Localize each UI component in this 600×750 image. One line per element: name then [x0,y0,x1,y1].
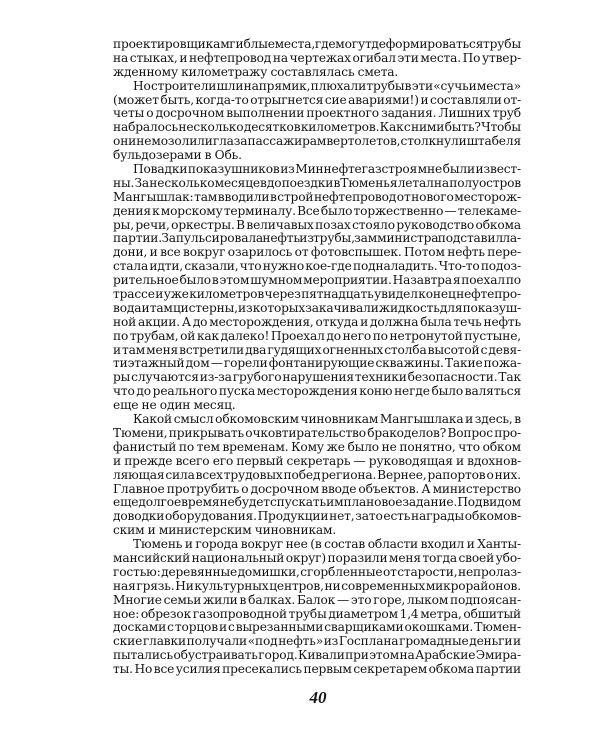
text-line: по трубам, ой как далеко! Проехал до нег… [113,330,521,344]
text-line: тиэтажный дом — горели фонтанирующие скв… [113,357,521,371]
text-line: Мангышлак: там вводили в строй нефтепров… [113,191,521,205]
text-line: Какой смысл обкомовским чиновникам Мангы… [113,413,521,427]
text-line: и прежде всего его первый секретарь — ру… [113,455,521,469]
text-line: фанистый по тем временам. Кому же было н… [113,441,521,455]
text-line: Главное протрубить о досрочном вводе объ… [113,483,521,497]
paragraph: Тюмень и города вокруг нее (в состав обл… [113,538,521,677]
text-line: ное: обрезок газопроводной трубы диаметр… [113,608,521,622]
text-line: жденному километражу составлялась смета. [113,66,521,80]
text-line: трассе и уже километров через пятнадцать… [113,288,521,302]
text-line: еще не один месяц. [113,399,521,413]
book-page: проектировщикам гиблые места, где могут … [0,0,600,750]
text-line: ским и министерским чиновникам. [113,524,521,538]
text-line: проектировщикам гиблые места, где могут … [113,38,521,52]
text-line: ры, речи, оркестры. В величавых позах ст… [113,219,521,233]
text-line: четы о досрочном выполнении проектного з… [113,107,521,121]
text-line: ная грязь. Ни культурных центров, ни сов… [113,580,521,594]
text-line: ны. За несколько месяцев до поездки в Тю… [113,177,521,191]
text-line: (может быть, когда-то отрыгнется сие ава… [113,94,521,108]
paragraph: Какой смысл обкомовским чиновникам Мангы… [113,413,521,538]
text-line: ной акции. А до месторождения, откуда и … [113,316,521,330]
text-line: что до реального пуска месторождения кон… [113,385,521,399]
text-line: ские главки получали «под нефть» из Госп… [113,635,521,649]
text-line: Повадки показушников из Миннефтегазстроя… [113,163,521,177]
text-line: дения к морскому терминалу. Все было тор… [113,205,521,219]
text-line: бульдозерами в Обь. [113,149,521,163]
text-line: ляющая сила всех трудовых побед региона.… [113,469,521,483]
text-line: дони, и все вокруг озарилось от фотовспы… [113,246,521,260]
text-line: Тюмень и города вокруг нее (в состав обл… [113,538,521,552]
text-line: доводки оборудования. Продукции нет, зат… [113,510,521,524]
text-line: на стыках, и нефтепровод на чертежах оги… [113,52,521,66]
page-body-text: проектировщикам гиблые места, где могут … [113,38,521,677]
text-line: Тюмени, прикрывать очковтирательство бра… [113,427,521,441]
text-line: вода и там цистерны, из которых закачива… [113,302,521,316]
text-line: набралось несколько десятков километров.… [113,121,521,135]
page-number: 40 [0,688,600,708]
text-line: еще долгое время не будет спускать им пл… [113,496,521,510]
paragraph: Но строители шли напрямик, плюхали трубы… [113,80,521,163]
text-line: и там меня встретили два гудящих огненны… [113,344,521,358]
text-line: мансийский национальный округ) поразили … [113,552,521,566]
text-line: стала идти, сказали, что нужно кое-где п… [113,260,521,274]
text-line: ты. Но все усилия пресекались первым сек… [113,663,521,677]
paragraph: Повадки показушников из Миннефтегазстроя… [113,163,521,413]
paragraph: проектировщикам гиблые места, где могут … [113,38,521,80]
text-line: рительное было в этом шумном мероприятии… [113,274,521,288]
text-line: досками с торцов и с вырезанными сварщик… [113,621,521,635]
text-line: ры случаются из-за грубого нарушения тех… [113,371,521,385]
text-line: они не мозолили глаза пассажирам вертоле… [113,135,521,149]
text-line: пытались обустраивать город. Кивали при … [113,649,521,663]
text-line: Но строители шли напрямик, плюхали трубы… [113,80,521,94]
text-line: партии. Запульсировала нефть из трубы, з… [113,232,521,246]
text-line: Многие семьи жили в балках. Балок — это … [113,594,521,608]
text-line: гостью: деревянные домишки, сгорбленные … [113,566,521,580]
